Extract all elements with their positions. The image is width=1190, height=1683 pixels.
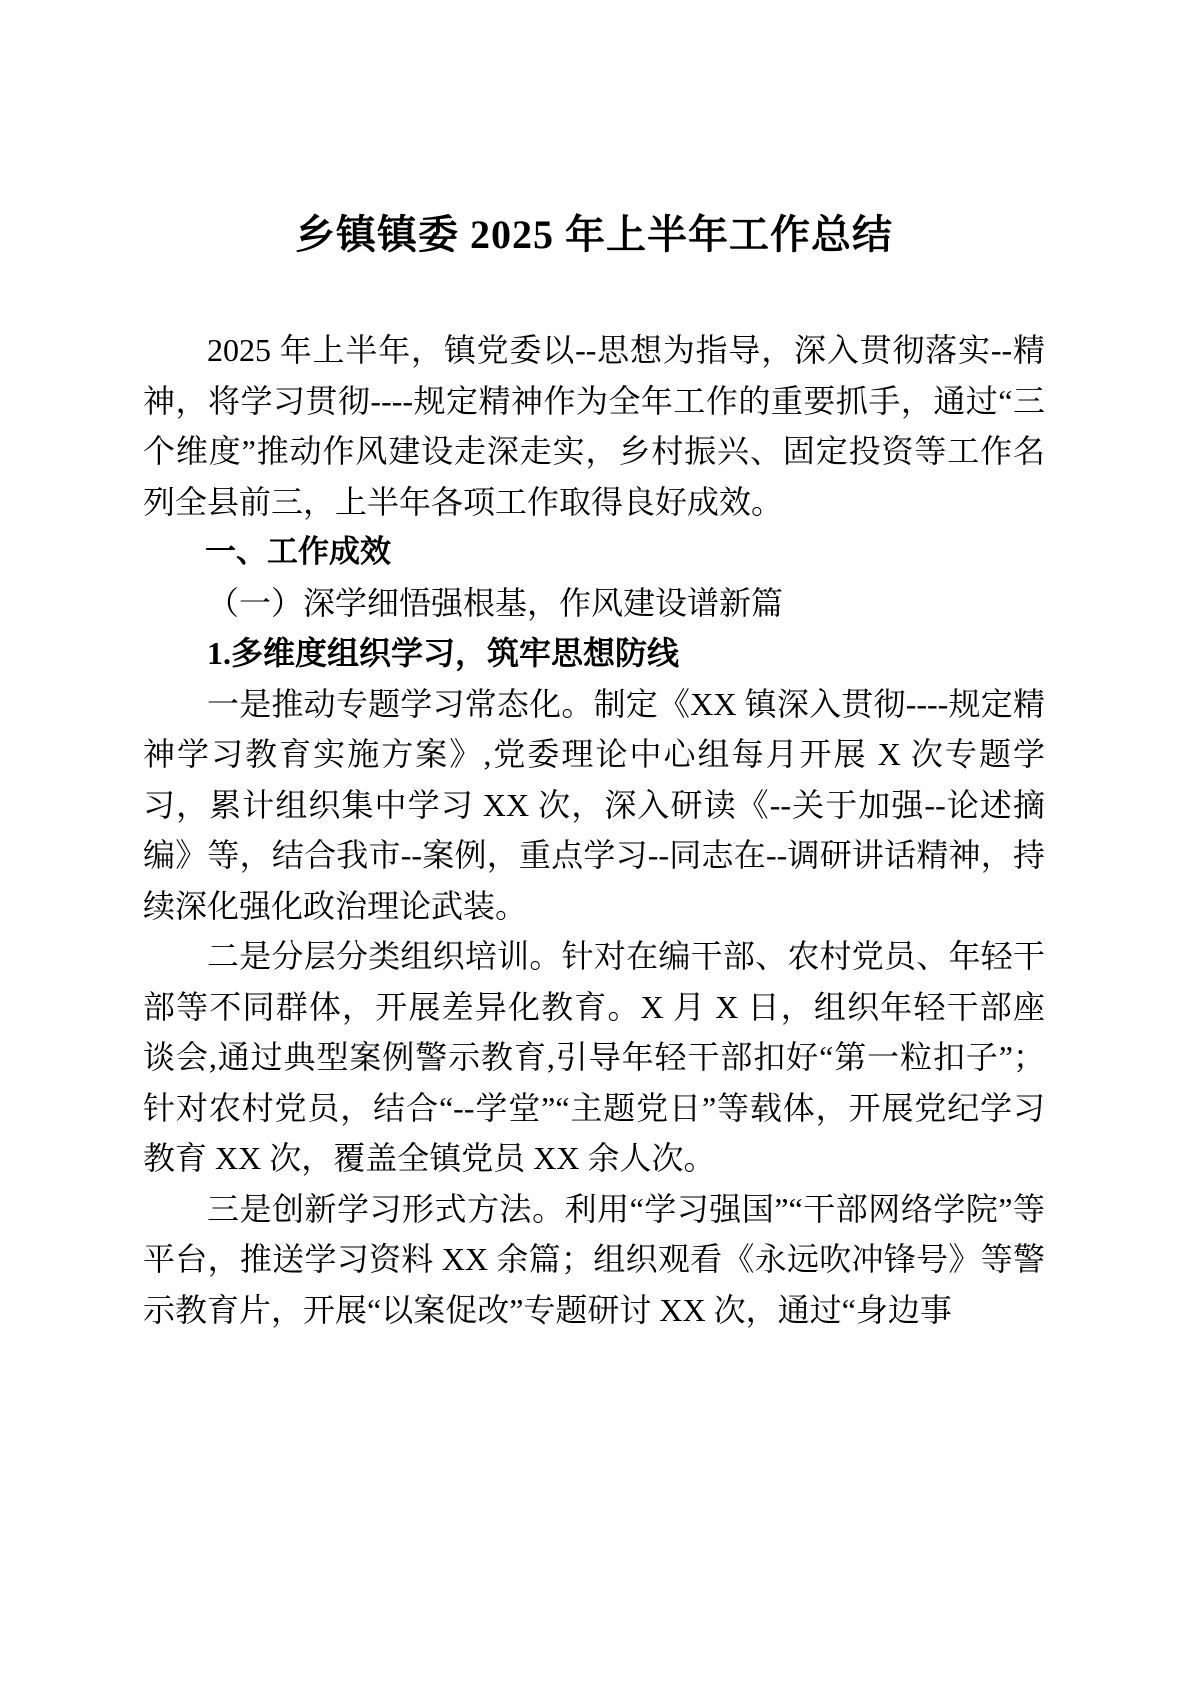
document-page: 乡镇镇委 2025 年上半年工作总结 2025 年上半年，镇党委以--思想为指导… xyxy=(0,0,1190,1683)
paragraph-intro: 2025 年上半年，镇党委以--思想为指导，深入贯彻落实--精神，将学习贯彻--… xyxy=(143,325,1045,527)
section-heading-work-results: 一、工作成效 xyxy=(143,527,1045,578)
document-title: 乡镇镇委 2025 年上半年工作总结 xyxy=(143,205,1045,265)
subsubsection-heading-multidimensional-study: 1.多维度组织学习，筑牢思想防线 xyxy=(143,628,1045,679)
paragraph-point-one: 一是推动专题学习常态化。制定《XX 镇深入贯彻----规定精神学习教育实施方案》… xyxy=(143,679,1045,932)
paragraph-point-three: 三是创新学习形式方法。利用“学习强国”“干部网络学院”等平台，推送学习资料 XX… xyxy=(143,1184,1045,1336)
subsection-heading-study-style: （一）深学细悟强根基，作风建设谱新篇 xyxy=(143,578,1045,629)
paragraph-point-two: 二是分层分类组织培训。针对在编干部、农村党员、年轻干部等不同群体，开展差异化教育… xyxy=(143,931,1045,1184)
